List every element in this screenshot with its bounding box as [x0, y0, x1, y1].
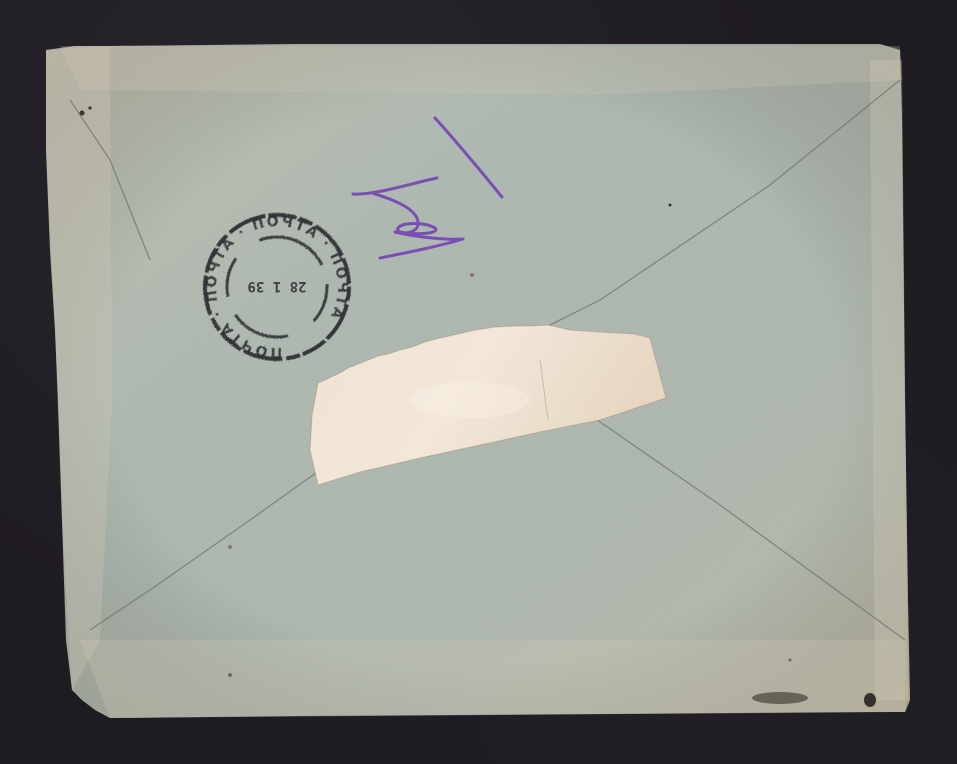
postmark-date-text: 28 1 39 [247, 278, 306, 294]
envelope-drawing: ПОЧТА · ПОЧТА · ПОЧТА · ПОЧТА 28 1 39 [0, 0, 957, 764]
postmark-date: 28 1 39 [247, 278, 306, 294]
envelope-scene: ПОЧТА · ПОЧТА · ПОЧТА · ПОЧТА 28 1 39 Ba… [0, 0, 957, 764]
